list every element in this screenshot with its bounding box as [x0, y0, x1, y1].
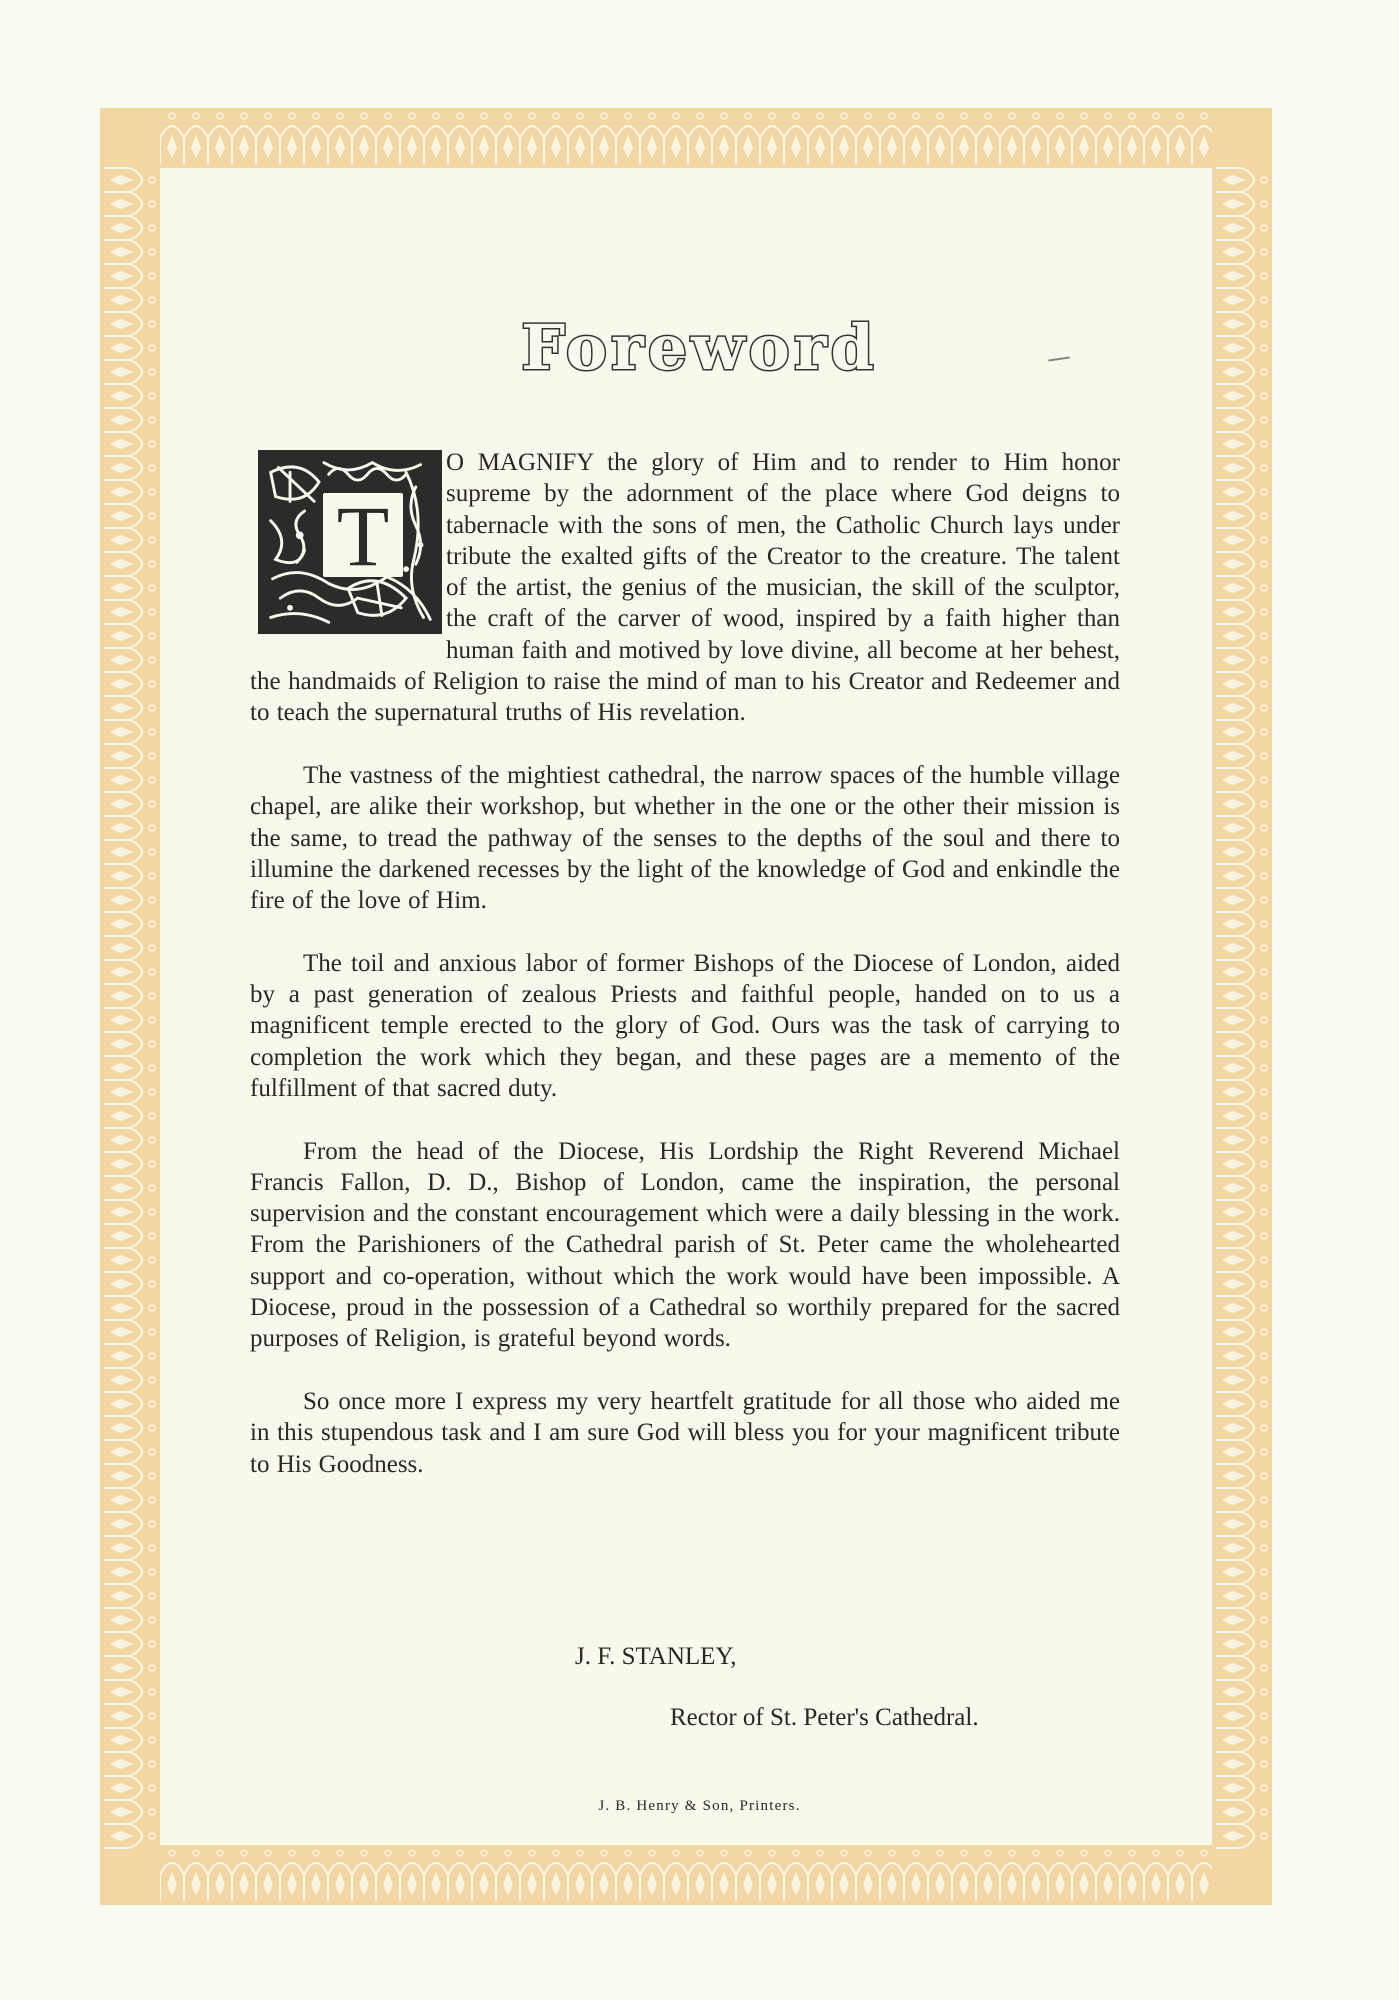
drop-cap: T	[258, 450, 442, 634]
printer-credit: J. B. Henry & Son, Printers.	[0, 1798, 1399, 1815]
drop-cap-letter: T	[323, 491, 403, 581]
paragraph-2: The vastness of the mightiest cathedral,…	[250, 760, 1120, 916]
foreword-body: T O MAGNIFY the glory of Him and to rend…	[250, 447, 1120, 1511]
border-bottom-ornament-icon	[100, 1845, 1272, 1905]
signature-name: J. F. STANLEY,	[575, 1643, 737, 1671]
paragraph-4: From the head of the Diocese, His Lordsh…	[250, 1136, 1120, 1355]
border-top-ornament-icon	[100, 108, 1272, 168]
paragraph-1: T O MAGNIFY the glory of Him and to rend…	[250, 447, 1120, 729]
signature-title: Rector of St. Peter's Cathedral.	[670, 1704, 979, 1732]
paragraph-5: So once more I express my very heartfelt…	[250, 1386, 1120, 1480]
paragraph-3: The toil and anxious labor of former Bis…	[250, 948, 1120, 1104]
page-title: Foreword	[0, 311, 1399, 384]
